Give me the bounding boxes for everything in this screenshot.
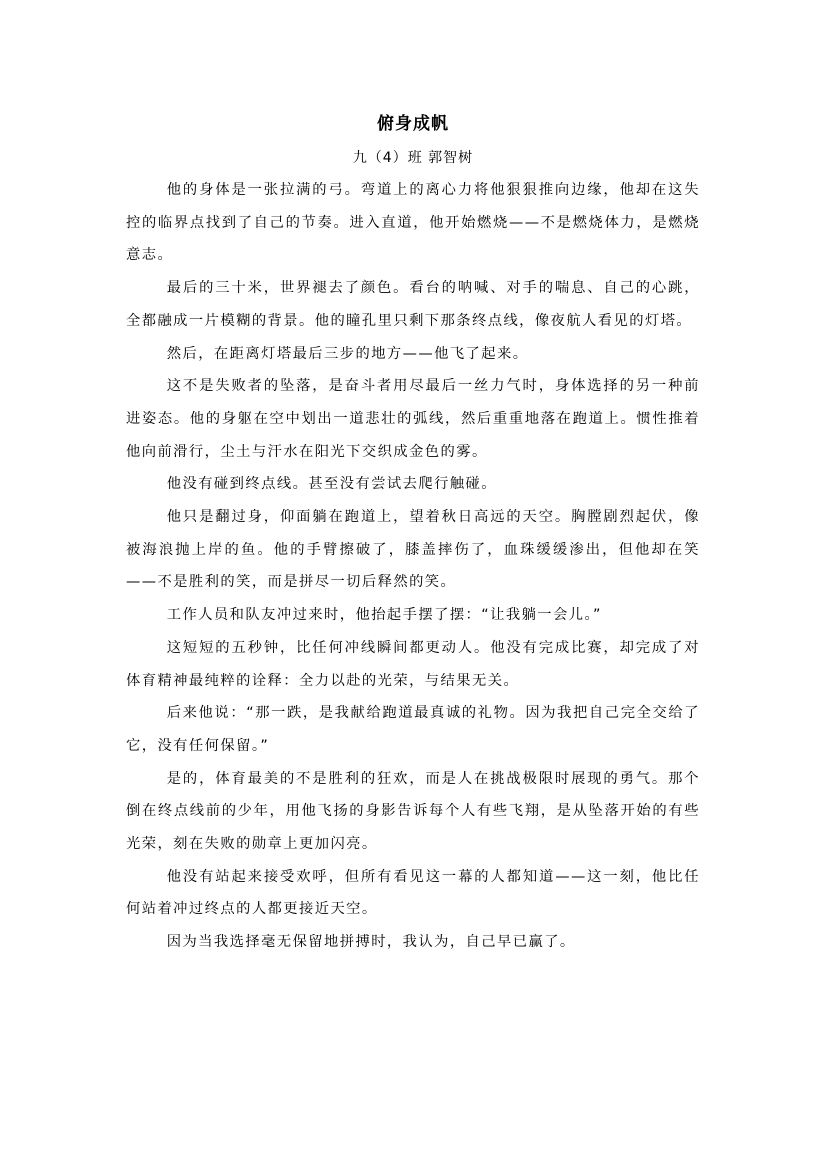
paragraph: 因为当我选择毫无保留地拼搏时，我认为，自己早已赢了。 (126, 926, 700, 959)
paragraph: 然后，在距离灯塔最后三步的地方——他飞了起来。 (126, 338, 700, 371)
document-body: 他的身体是一张拉满的弓。弯道上的离心力将他狠狠推向边缘，他却在这失控的临界点找到… (126, 174, 700, 959)
document-title: 俯身成帆 (126, 113, 700, 135)
paragraph: 工作人员和队友冲过来时，他抬起手摆了摆：“让我躺一会儿。” (126, 599, 700, 632)
paragraph: 他没有站起来接受欢呼，但所有看见这一幕的人都知道——这一刻，他比任何站着冲过终点… (126, 861, 700, 926)
paragraph: 他没有碰到终点线。甚至没有尝试去爬行触碰。 (126, 468, 700, 501)
author-line: 九（4）班 郭智树 (126, 148, 700, 168)
paragraph: 这短短的五秒钟，比任何冲线瞬间都更动人。他没有完成比赛，却完成了对体育精神最纯粹… (126, 632, 700, 697)
paragraph: 最后的三十米，世界褪去了颜色。看台的呐喊、对手的喘息、自己的心跳，全都融成一片模… (126, 272, 700, 337)
paragraph: 后来他说：“那一跌，是我献给跑道最真诚的礼物。因为我把自己完全交给了它，没有任何… (126, 697, 700, 762)
paragraph: 他只是翻过身，仰面躺在跑道上，望着秋日高远的天空。胸膛剧烈起伏，像被海浪抛上岸的… (126, 501, 700, 599)
paragraph: 是的，体育最美的不是胜利的狂欢，而是人在挑战极限时展现的勇气。那个倒在终点线前的… (126, 763, 700, 861)
paragraph: 这不是失败者的坠落，是奋斗者用尽最后一丝力气时，身体选择的另一种前进姿态。他的身… (126, 370, 700, 468)
paragraph: 他的身体是一张拉满的弓。弯道上的离心力将他狠狠推向边缘，他却在这失控的临界点找到… (126, 174, 700, 272)
